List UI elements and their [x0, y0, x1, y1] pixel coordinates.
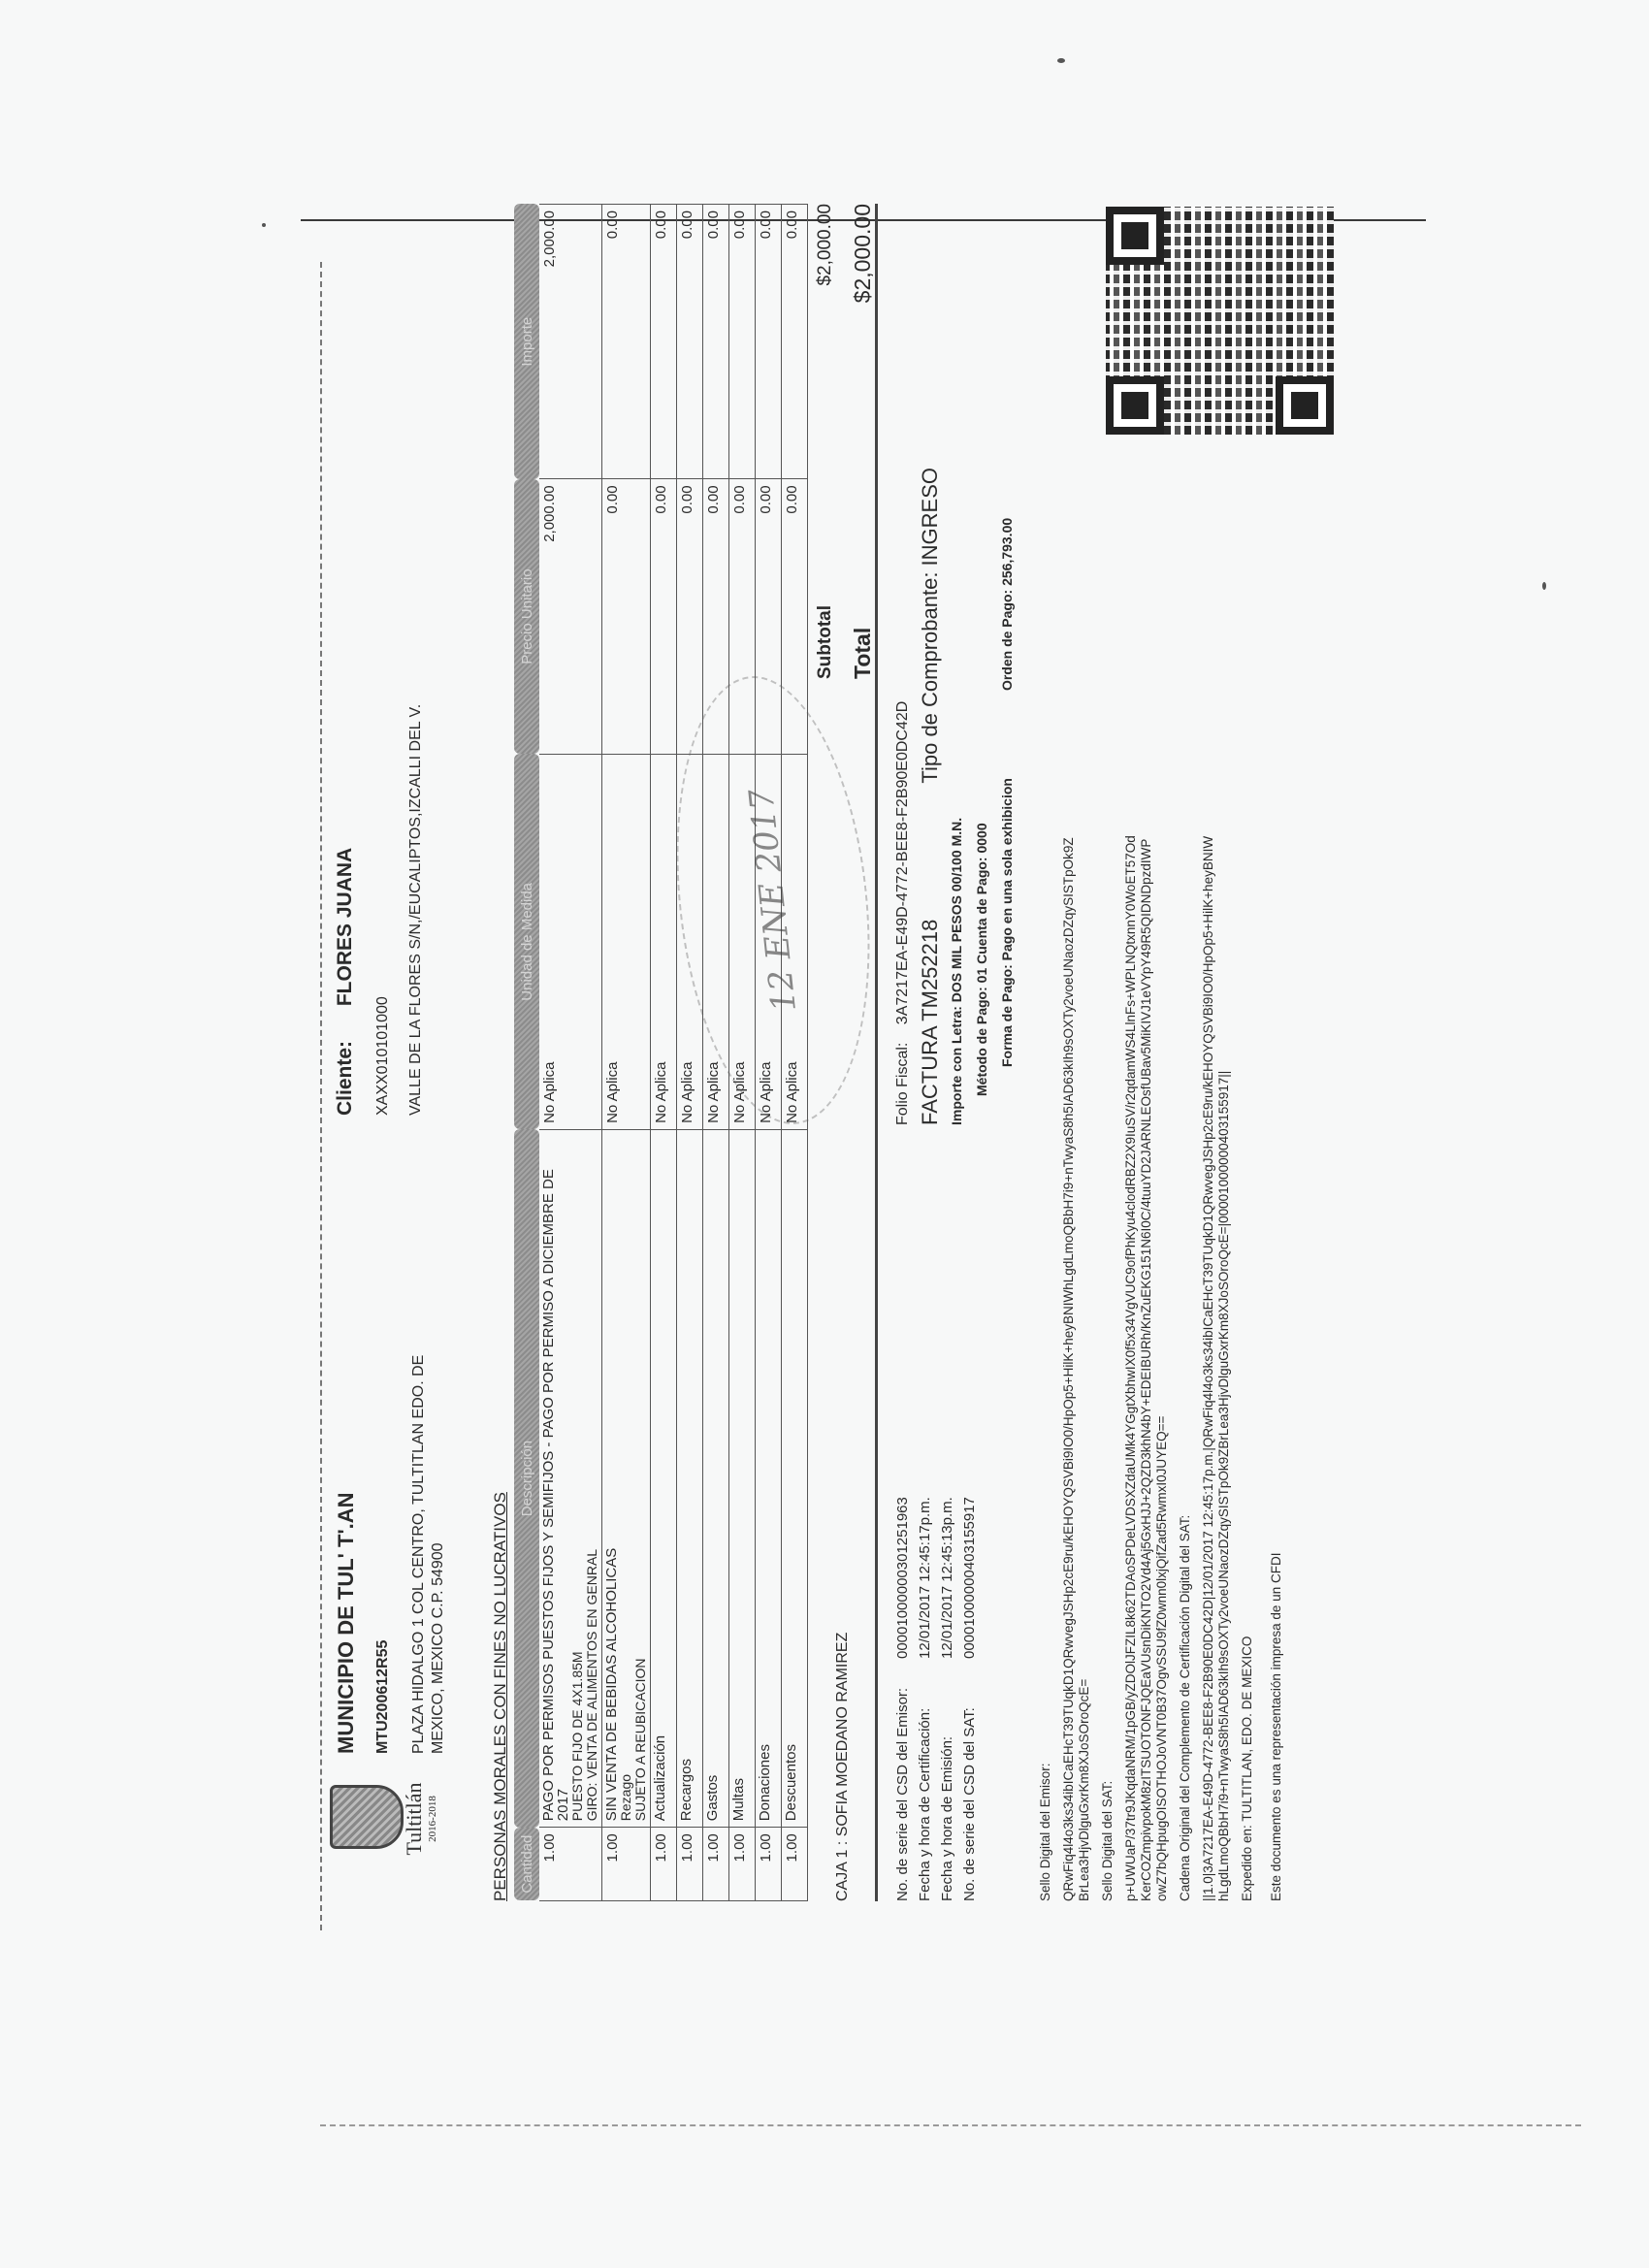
sat-seal-value: p+UWUaP/37tr9JKqdaNRM/1pGB/yZDOlJFZIL8k6… — [1123, 834, 1170, 1901]
cell-importe: 0.00 — [756, 205, 782, 479]
scan-speck — [262, 223, 266, 227]
invoice-number: FACTURA TM252218 — [918, 920, 943, 1125]
cfdi-note: Este documento es una representación imp… — [1269, 834, 1284, 1901]
folio-block: Folio Fiscal: 3A7217EA-E49D-4772-BEE8-F2… — [894, 204, 1024, 1125]
payment-method: Método de Pago: 01 Cuenta de Pago: 0000 — [974, 204, 989, 1096]
cell-unidad: No Aplica — [651, 754, 677, 1129]
issuer-address-line1: PLAZA HIDALGO 1 COL CENTRO, TULTITLAN ED… — [409, 1133, 429, 1754]
csd-block: No. de serie del CSD del Emisor: 0000100… — [894, 1300, 984, 1901]
section-title: PERSONAS MORALES CON FINES NO LUCRATIVOS — [491, 1492, 510, 1901]
section-divider — [875, 204, 878, 1901]
expedido-en: Expedido en: TULTITLAN, EDO. DE MEXICO — [1240, 834, 1255, 1901]
col-cantidad: Cantidad — [514, 1828, 539, 1901]
csd-value: 00001000000301251963 — [894, 1497, 911, 1659]
cell-cantidad: 1.00 — [782, 1828, 808, 1901]
cell-precio: 0.00 — [677, 479, 703, 754]
col-descripcion: Descripción — [514, 1129, 539, 1827]
cell-precio: 0.00 — [602, 479, 651, 754]
csd-row: No. de serie del CSD del Emisor: 0000100… — [894, 1300, 911, 1901]
payment-form-row: Forma de Pago: Pago en una sola exhibici… — [999, 204, 1015, 1067]
cell-importe: 0.00 — [782, 205, 808, 479]
table-header-row: Cantidad Descripción Unidad de Medida Pr… — [514, 205, 539, 1901]
scan-speck — [1057, 58, 1065, 63]
invoice-document: Tultitlán 2016-2018 MUNICIPIO DE TUL' T'… — [330, 175, 1339, 1901]
client-label: Cliente: — [334, 1041, 356, 1116]
qr-finder-icon — [1276, 376, 1334, 435]
cut-line-dashed-bottom — [320, 2124, 1581, 2126]
table-row: 1.00 PAGO POR PERMISOS PUESTOS FIJOS Y S… — [539, 205, 602, 1901]
subtotal-value: $2,000.00 — [815, 204, 836, 286]
cell-importe: 0.00 — [703, 205, 729, 479]
folio-value: 3A7217EA-E49D-4772-BEE8-F2B90E0DC42D — [894, 701, 911, 1025]
csd-row: Fecha y hora de Emisión: 12/01/2017 12:4… — [939, 1300, 955, 1901]
qr-finder-icon — [1106, 207, 1164, 265]
invoice-header: Tultitlán 2016-2018 MUNICIPIO DE TUL' T'… — [330, 175, 475, 1901]
cell-precio: 2,000.00 — [539, 479, 602, 754]
emisor-seal-value: QRwFiq4l4o3ks34ibICaEHcT39TUqkD1QRwvegJS… — [1061, 834, 1092, 1901]
desc-detail: GIRO: VENTA DE ALIMENTOS EN GENRAL — [585, 1136, 599, 1821]
col-precio: Precio Unitario — [514, 479, 539, 754]
subtotal-label: Subtotal — [815, 605, 836, 679]
logo-years: 2016-2018 — [427, 1775, 438, 1863]
folio-fiscal: Folio Fiscal: 3A7217EA-E49D-4772-BEE8-F2… — [894, 204, 912, 1125]
cell-cantidad: 1.00 — [677, 1828, 703, 1901]
csd-value: 12/01/2017 12:45:17p.m. — [917, 1497, 933, 1659]
cell-cantidad: 1.00 — [729, 1828, 756, 1901]
cell-importe: 0.00 — [677, 205, 703, 479]
cell-descripcion: Descuentos — [782, 1129, 808, 1827]
issuer-name: MUNICIPIO DE TUL' T'.AN — [334, 1133, 359, 1754]
cell-cantidad: 1.00 — [756, 1828, 782, 1901]
folio-label: Folio Fiscal: — [894, 1043, 911, 1125]
cell-importe: 0.00 — [729, 205, 756, 479]
qr-code-icon — [1106, 207, 1334, 435]
total-value: $2,000.00 — [850, 204, 876, 303]
cell-descripcion: SIN VENTA DE BEBIDAS ALCOHOLICAS Rezago … — [602, 1129, 651, 1827]
csd-value: 00001000000403155917 — [961, 1497, 978, 1659]
cell-unidad: No Aplica — [539, 754, 602, 1129]
client-name: FLORES JUANA — [334, 848, 356, 1006]
client-block: Cliente: FLORES JUANA XAXX010101000 VALL… — [334, 204, 425, 1116]
csd-row: No. de serie del CSD del SAT: 0000100000… — [961, 1300, 978, 1901]
cell-precio: 0.00 — [651, 479, 677, 754]
coat-of-arms-icon — [330, 1785, 404, 1849]
sat-seal-label: Sello Digital del SAT: — [1100, 834, 1115, 1901]
desc-detail: SUJETO A REUBICACION — [633, 1136, 648, 1821]
municipal-logo: Tultitlán 2016-2018 — [330, 1775, 446, 1863]
table-row: 1.00 SIN VENTA DE BEBIDAS ALCOHOLICAS Re… — [602, 205, 651, 1901]
cell-descripcion: Multas — [729, 1129, 756, 1827]
col-unidad: Unidad de Medida — [514, 754, 539, 1129]
table-row: 1.00 Actualización No Aplica 0.00 0.00 — [651, 205, 677, 1901]
cut-line-dashed — [320, 262, 322, 1930]
cell-descripcion: Donaciones — [756, 1129, 782, 1827]
client-address: VALLE DE LA FLORES S/N,/EUCALIPTOS,IZCAL… — [407, 204, 425, 1116]
cell-descripcion: Gastos — [703, 1129, 729, 1827]
cell-importe: 0.00 — [651, 205, 677, 479]
payment-order: Orden de Pago: 256,793.00 — [999, 518, 1015, 691]
scan-speck — [1542, 582, 1546, 590]
cell-cantidad: 1.00 — [602, 1828, 651, 1901]
cell-descripcion: Recargos — [677, 1129, 703, 1827]
csd-value: 12/01/2017 12:45:13p.m. — [939, 1497, 955, 1659]
amount-in-words: Importe con Letra: DOS MIL PESOS 00/100 … — [949, 204, 964, 1125]
csd-row: Fecha y hora de Certificación: 12/01/201… — [917, 1300, 933, 1901]
subtotal-row: Subtotal $2,000.00 — [815, 204, 836, 679]
cell-importe: 0.00 — [602, 205, 651, 479]
desc-text: PAGO POR PERMISOS PUESTOS FIJOS Y SEMIFI… — [540, 1169, 571, 1821]
desc-detail: Rezago — [619, 1136, 633, 1821]
cell-cantidad: 1.00 — [539, 1828, 602, 1901]
issuer-rfc: MTU200612R55 — [374, 1133, 392, 1754]
total-label: Total — [850, 628, 876, 679]
digital-seals: Sello Digital del Emisor: QRwFiq4l4o3ks3… — [1038, 834, 1292, 1901]
invoice-type-row: FACTURA TM252218 Tipo de Comprobante: IN… — [918, 204, 943, 1125]
cadena-value: ||1.0|3A7217EA-E49D-4772-BEE8-F2B90E0DC4… — [1201, 834, 1232, 1901]
csd-label: Fecha y hora de Emisión: — [939, 1659, 955, 1901]
total-row: Total $2,000.00 — [850, 204, 876, 679]
table-row: 1.00 Recargos No Aplica 0.00 0.00 — [677, 205, 703, 1901]
csd-label: No. de serie del CSD del Emisor: — [894, 1659, 911, 1901]
cashier-label: CAJA 1 : SOFIA MOEDANO RAMIREZ — [834, 1633, 852, 1901]
payment-form: Forma de Pago: Pago en una sola exhibici… — [999, 778, 1015, 1067]
cell-descripcion: Actualización — [651, 1129, 677, 1827]
desc-detail: PUESTO FIJO DE 4X1.85M — [570, 1136, 585, 1821]
csd-label: No. de serie del CSD del SAT: — [961, 1659, 978, 1901]
invoice-type: Tipo de Comprobante: INGRESO — [918, 468, 943, 784]
issuer-block: MUNICIPIO DE TUL' T'.AN MTU200612R55 PLA… — [334, 1133, 448, 1754]
col-importe: Importe — [514, 205, 539, 479]
cell-importe: 2,000.00 — [539, 205, 602, 479]
qr-finder-icon — [1106, 376, 1164, 435]
logo-text: Tultitlán — [402, 1775, 427, 1863]
client-rfc: XAXX010101000 — [374, 204, 392, 1116]
totals-block: Subtotal $2,000.00 Total $2,000.00 — [815, 204, 889, 679]
emisor-seal-label: Sello Digital del Emisor: — [1038, 834, 1053, 1901]
cell-cantidad: 1.00 — [651, 1828, 677, 1901]
cell-cantidad: 1.00 — [703, 1828, 729, 1901]
cell-descripcion: PAGO POR PERMISOS PUESTOS FIJOS Y SEMIFI… — [539, 1129, 602, 1827]
csd-label: Fecha y hora de Certificación: — [917, 1659, 933, 1901]
issuer-address-line2: MEXICO, MEXICO C.P. 54900 — [429, 1133, 448, 1754]
cadena-label: Cadena Original del Complemento de Certi… — [1178, 834, 1193, 1901]
cell-unidad: No Aplica — [602, 754, 651, 1129]
